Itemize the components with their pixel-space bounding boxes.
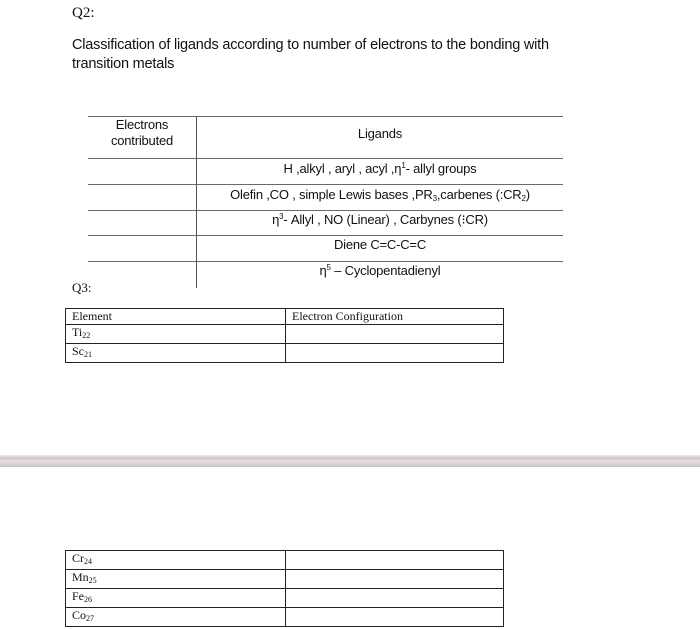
- table-rule: [88, 184, 563, 185]
- ligand-row-3: η3- Allyl , NO (Linear) , Carbynes (⁝CR): [197, 212, 563, 228]
- header-electron-configuration: Electron Configuration: [286, 309, 504, 325]
- element-cell: Mn25: [66, 570, 286, 589]
- element-cell: Sc21: [66, 344, 286, 363]
- header-electrons: Electrons contributed: [88, 117, 196, 149]
- ligand-row-1: H ,alkyl , aryl , acyl ,η1- allyl groups: [197, 161, 563, 176]
- header-ligands: Ligands: [197, 126, 563, 141]
- question-2-title: Classification of ligands according to n…: [72, 36, 592, 74]
- table-row: Fe26: [66, 589, 504, 608]
- question-3-label: Q3:: [72, 280, 92, 296]
- question-2-label: Q2:: [72, 5, 95, 22]
- element-cell: Co27: [66, 608, 286, 627]
- element-cell: Fe26: [66, 589, 286, 608]
- electron-config-table-continued: Cr24 Mn25 Fe26 Co27: [65, 550, 504, 627]
- table-row: Co27: [66, 608, 504, 627]
- table-row: Cr24: [66, 551, 504, 570]
- config-cell[interactable]: [286, 570, 504, 589]
- table-row: Ti22: [66, 325, 504, 344]
- header-element: Element: [66, 309, 286, 325]
- config-cell[interactable]: [286, 589, 504, 608]
- table-row: Sc21: [66, 344, 504, 363]
- page-break-divider: [0, 455, 700, 467]
- table-rule: [88, 261, 563, 262]
- ligand-row-5: η5 – Cyclopentadienyl: [197, 263, 563, 278]
- table-header-row: Element Electron Configuration: [66, 309, 504, 325]
- config-cell[interactable]: [286, 551, 504, 570]
- config-cell[interactable]: [286, 344, 504, 363]
- electron-config-table: Element Electron Configuration Ti22 Sc21: [65, 308, 504, 363]
- ligand-row-2: Olefin ,CO , simple Lewis bases ,PR3,car…: [197, 187, 563, 203]
- eta-symbol: η: [320, 263, 327, 278]
- table-row: Mn25: [66, 570, 504, 589]
- table-rule: [88, 235, 563, 236]
- table-rule: [88, 158, 563, 159]
- ligand-row-4: Diene C=C-C=C: [197, 237, 563, 252]
- element-cell: Ti22: [66, 325, 286, 344]
- config-cell[interactable]: [286, 608, 504, 627]
- config-cell[interactable]: [286, 325, 504, 344]
- element-cell: Cr24: [66, 551, 286, 570]
- table-rule: [88, 210, 563, 211]
